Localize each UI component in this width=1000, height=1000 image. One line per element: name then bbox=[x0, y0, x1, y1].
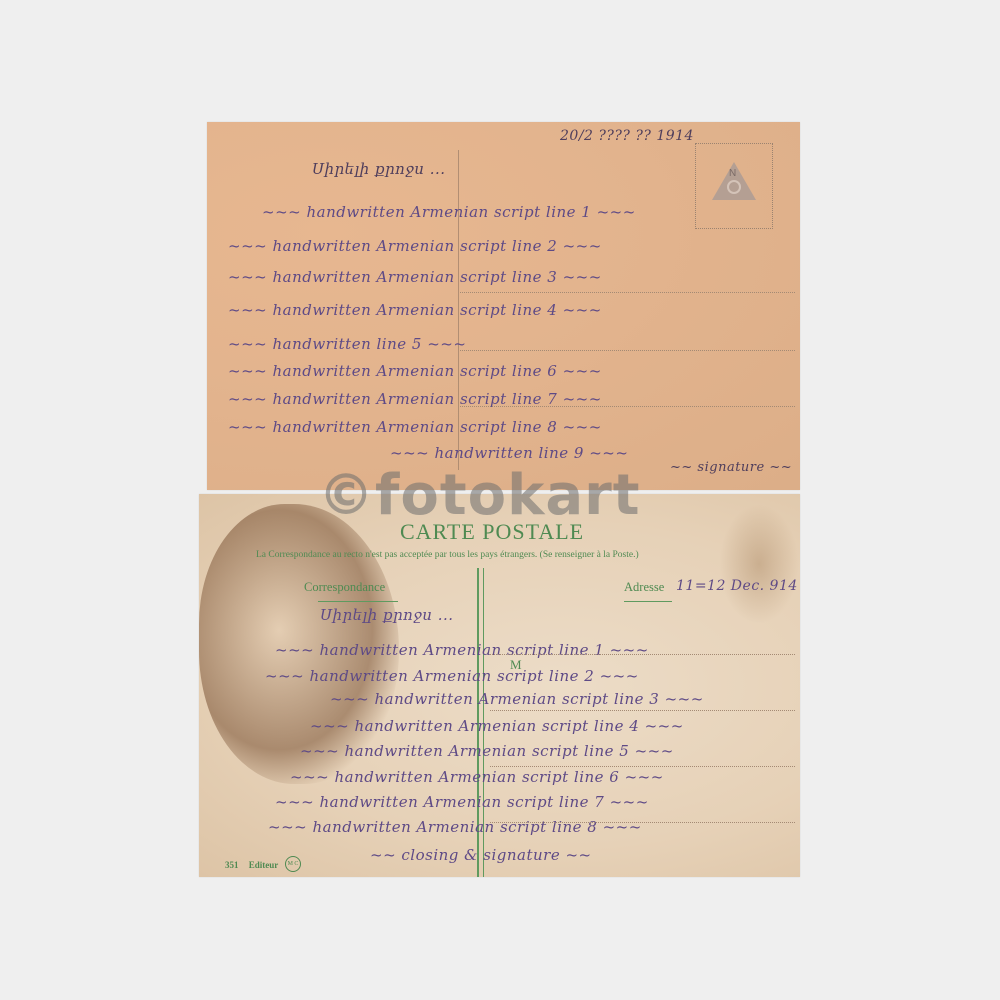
label-underline bbox=[624, 601, 672, 602]
postcard-notice: La Correspondance au recto n'est pas acc… bbox=[256, 550, 639, 560]
watermark: ©fotokart bbox=[318, 463, 641, 528]
address-line bbox=[490, 822, 795, 823]
editor-imprint: 351 Editeur bbox=[225, 860, 278, 870]
stamp-letter: N bbox=[729, 168, 736, 179]
address-line bbox=[460, 292, 795, 293]
adresse-label: Adresse bbox=[624, 580, 664, 595]
handwritten-signature: ~~ signature ~~ bbox=[670, 460, 792, 475]
correspondance-label: Correspondance bbox=[304, 580, 385, 595]
handwritten-date: 20/2 ???? ?? 1914 bbox=[560, 128, 694, 144]
handwritten-line: ~~~ handwritten Armenian script line 2 ~… bbox=[228, 237, 602, 255]
handwritten-line: ~~~ handwritten Armenian script line 1 ~… bbox=[262, 203, 636, 221]
handwritten-greeting: Սիրելի քրոջս ... bbox=[312, 160, 446, 178]
handwritten-line: ~~~ handwritten Armenian script line 3 ~… bbox=[330, 690, 704, 708]
handwritten-line: ~~~ handwritten Armenian script line 6 ~… bbox=[290, 768, 664, 786]
editor-logo-icon: M C bbox=[285, 856, 301, 872]
handwritten-line: ~~~ handwritten Armenian script line 6 ~… bbox=[228, 362, 602, 380]
address-line bbox=[490, 710, 795, 711]
handwritten-line: ~~~ handwritten Armenian script line 7 ~… bbox=[228, 390, 602, 408]
handwritten-line: ~~~ handwritten Armenian script line 3 ~… bbox=[228, 268, 602, 286]
editor-number: 351 bbox=[225, 860, 239, 870]
label-underline bbox=[318, 601, 398, 602]
handwritten-line: ~~~ handwritten Armenian script line 5 ~… bbox=[300, 742, 674, 760]
address-line bbox=[490, 654, 795, 655]
handwritten-line: ~~~ handwritten Armenian script line 4 ~… bbox=[310, 717, 684, 735]
handwritten-line: ~~~ handwritten Armenian script line 2 ~… bbox=[265, 667, 639, 685]
handwritten-closing: ~~ closing & signature ~~ bbox=[370, 846, 592, 864]
editor-label: Editeur bbox=[249, 860, 279, 870]
water-stain bbox=[719, 504, 799, 624]
handwritten-line: ~~~ handwritten Armenian script line 4 ~… bbox=[228, 301, 602, 319]
handwritten-line: ~~~ handwritten Armenian script line 8 ~… bbox=[268, 818, 642, 836]
handwritten-line: ~~~ handwritten line 9 ~~~ bbox=[390, 444, 628, 462]
handwritten-line: ~~~ handwritten Armenian script line 7 ~… bbox=[275, 793, 649, 811]
handwritten-line: ~~~ handwritten line 5 ~~~ bbox=[228, 335, 466, 353]
handwritten-greeting: Սիրելի քրոջս ... bbox=[320, 606, 454, 624]
handwritten-address-date: 11=12 Dec. 914 bbox=[676, 578, 798, 594]
stamp-circle-icon bbox=[727, 180, 741, 194]
handwritten-line: ~~~ handwritten Armenian script line 8 ~… bbox=[228, 418, 602, 436]
handwritten-line: ~~~ handwritten Armenian script line 1 ~… bbox=[275, 641, 649, 659]
address-line bbox=[460, 350, 795, 351]
address-line bbox=[490, 766, 795, 767]
